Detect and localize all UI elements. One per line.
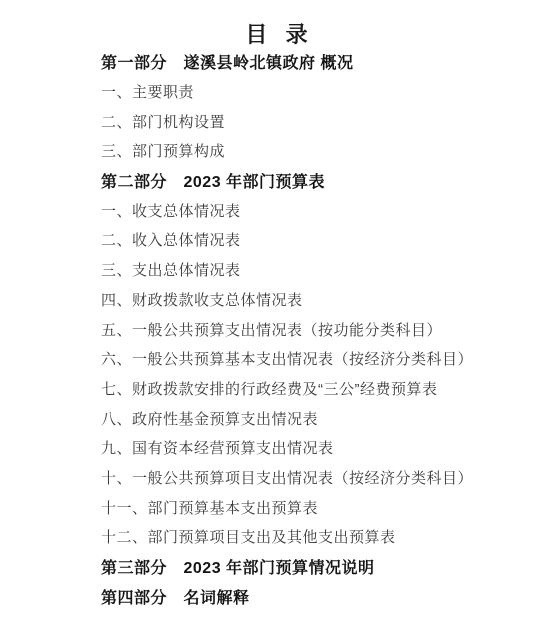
document-page: 目 录 第一部分 遂溪县岭北镇政府 概况 一、主要职责 二、部门机构设置 三、部… (0, 0, 555, 640)
toc-item: 八、政府性基金预算支出情况表 (101, 403, 545, 433)
toc-item: 十、一般公共预算项目支出情况表（按经济分类科目） (101, 463, 545, 493)
toc-section-heading: 第三部分 2023 年部门预算情况说明 (101, 552, 545, 582)
page-title: 目 录 (0, 0, 555, 47)
toc-section-heading: 第四部分 名词解释 (101, 581, 545, 611)
toc-list: 第一部分 遂溪县岭北镇政府 概况 一、主要职责 二、部门机构设置 三、部门预算构… (0, 47, 555, 611)
toc-item: 七、财政拨款安排的行政经费及“三公”经费预算表 (101, 374, 545, 404)
toc-item: 九、国有资本经营预算支出情况表 (101, 433, 545, 463)
toc-item: 六、一般公共预算基本支出情况表（按经济分类科目） (101, 344, 545, 374)
toc-item: 三、支出总体情况表 (101, 255, 545, 285)
toc-item: 十一、部门预算基本支出预算表 (101, 492, 545, 522)
toc-item: 五、一般公共预算支出情况表（按功能分类科目） (101, 314, 545, 344)
toc-item: 十二、部门预算项目支出及其他支出预算表 (101, 522, 545, 552)
toc-item: 三、部门预算构成 (101, 136, 545, 166)
toc-section-heading: 第二部分 2023 年部门预算表 (101, 166, 545, 196)
toc-item: 二、部门机构设置 (101, 106, 545, 136)
toc-item: 一、收支总体情况表 (101, 195, 545, 225)
toc-section-heading: 第一部分 遂溪县岭北镇政府 概况 (101, 47, 545, 77)
toc-item: 四、财政拨款收支总体情况表 (101, 285, 545, 315)
toc-item: 一、主要职责 (101, 77, 545, 107)
toc-item: 二、收入总体情况表 (101, 225, 545, 255)
